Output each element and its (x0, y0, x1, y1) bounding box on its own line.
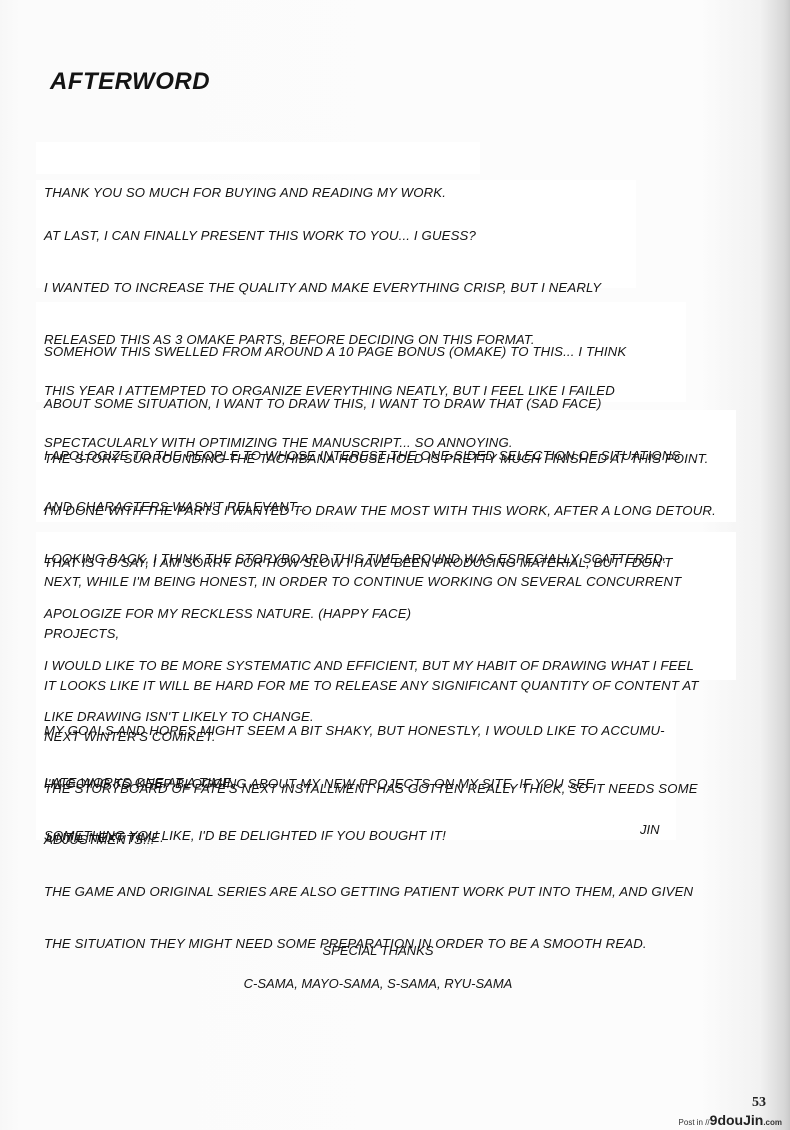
text-line: Somehow this swelled from around a 10 pa… (44, 343, 680, 360)
text-line: The story surrounding the Tachibana hous… (44, 450, 716, 467)
text-line: Next, while I'm being honest, in order t… (44, 573, 699, 590)
site-watermark: Post in //9douJin.com (679, 1112, 782, 1128)
text-line: I wanted to increase the quality and mak… (44, 279, 615, 296)
special-thanks-names: C-sama, Mayo-sama, S-sama, Ryu-sama (0, 976, 756, 991)
text-line: At last, I can finally present this work… (44, 227, 615, 244)
page-title: Afterword (50, 68, 210, 96)
text-line: I'm done with the parts I wanted to draw… (44, 502, 716, 519)
text-line: I'm going to keep blogging about my new … (44, 775, 594, 792)
text-line: projects, (44, 625, 699, 642)
text-line: Until next time. (46, 829, 164, 846)
manga-page: Afterword Thank you so much for buying a… (0, 0, 790, 1130)
special-thanks-heading: Special Thanks (0, 943, 756, 958)
page-number: 53 (752, 1095, 766, 1111)
text-line: The game and original series are also ge… (44, 883, 699, 900)
text-line: about some situation, I want to draw thi… (44, 395, 680, 412)
watermark-prefix: Post in // (679, 1118, 710, 1127)
text-line: My goals and hopes might seem a bit shak… (44, 722, 665, 739)
watermark-tld: .com (763, 1118, 782, 1127)
author-signature: Jin (640, 822, 660, 837)
paragraph-until-next-time: Until next time. (46, 795, 164, 881)
watermark-brand: 9douJin (710, 1112, 764, 1128)
